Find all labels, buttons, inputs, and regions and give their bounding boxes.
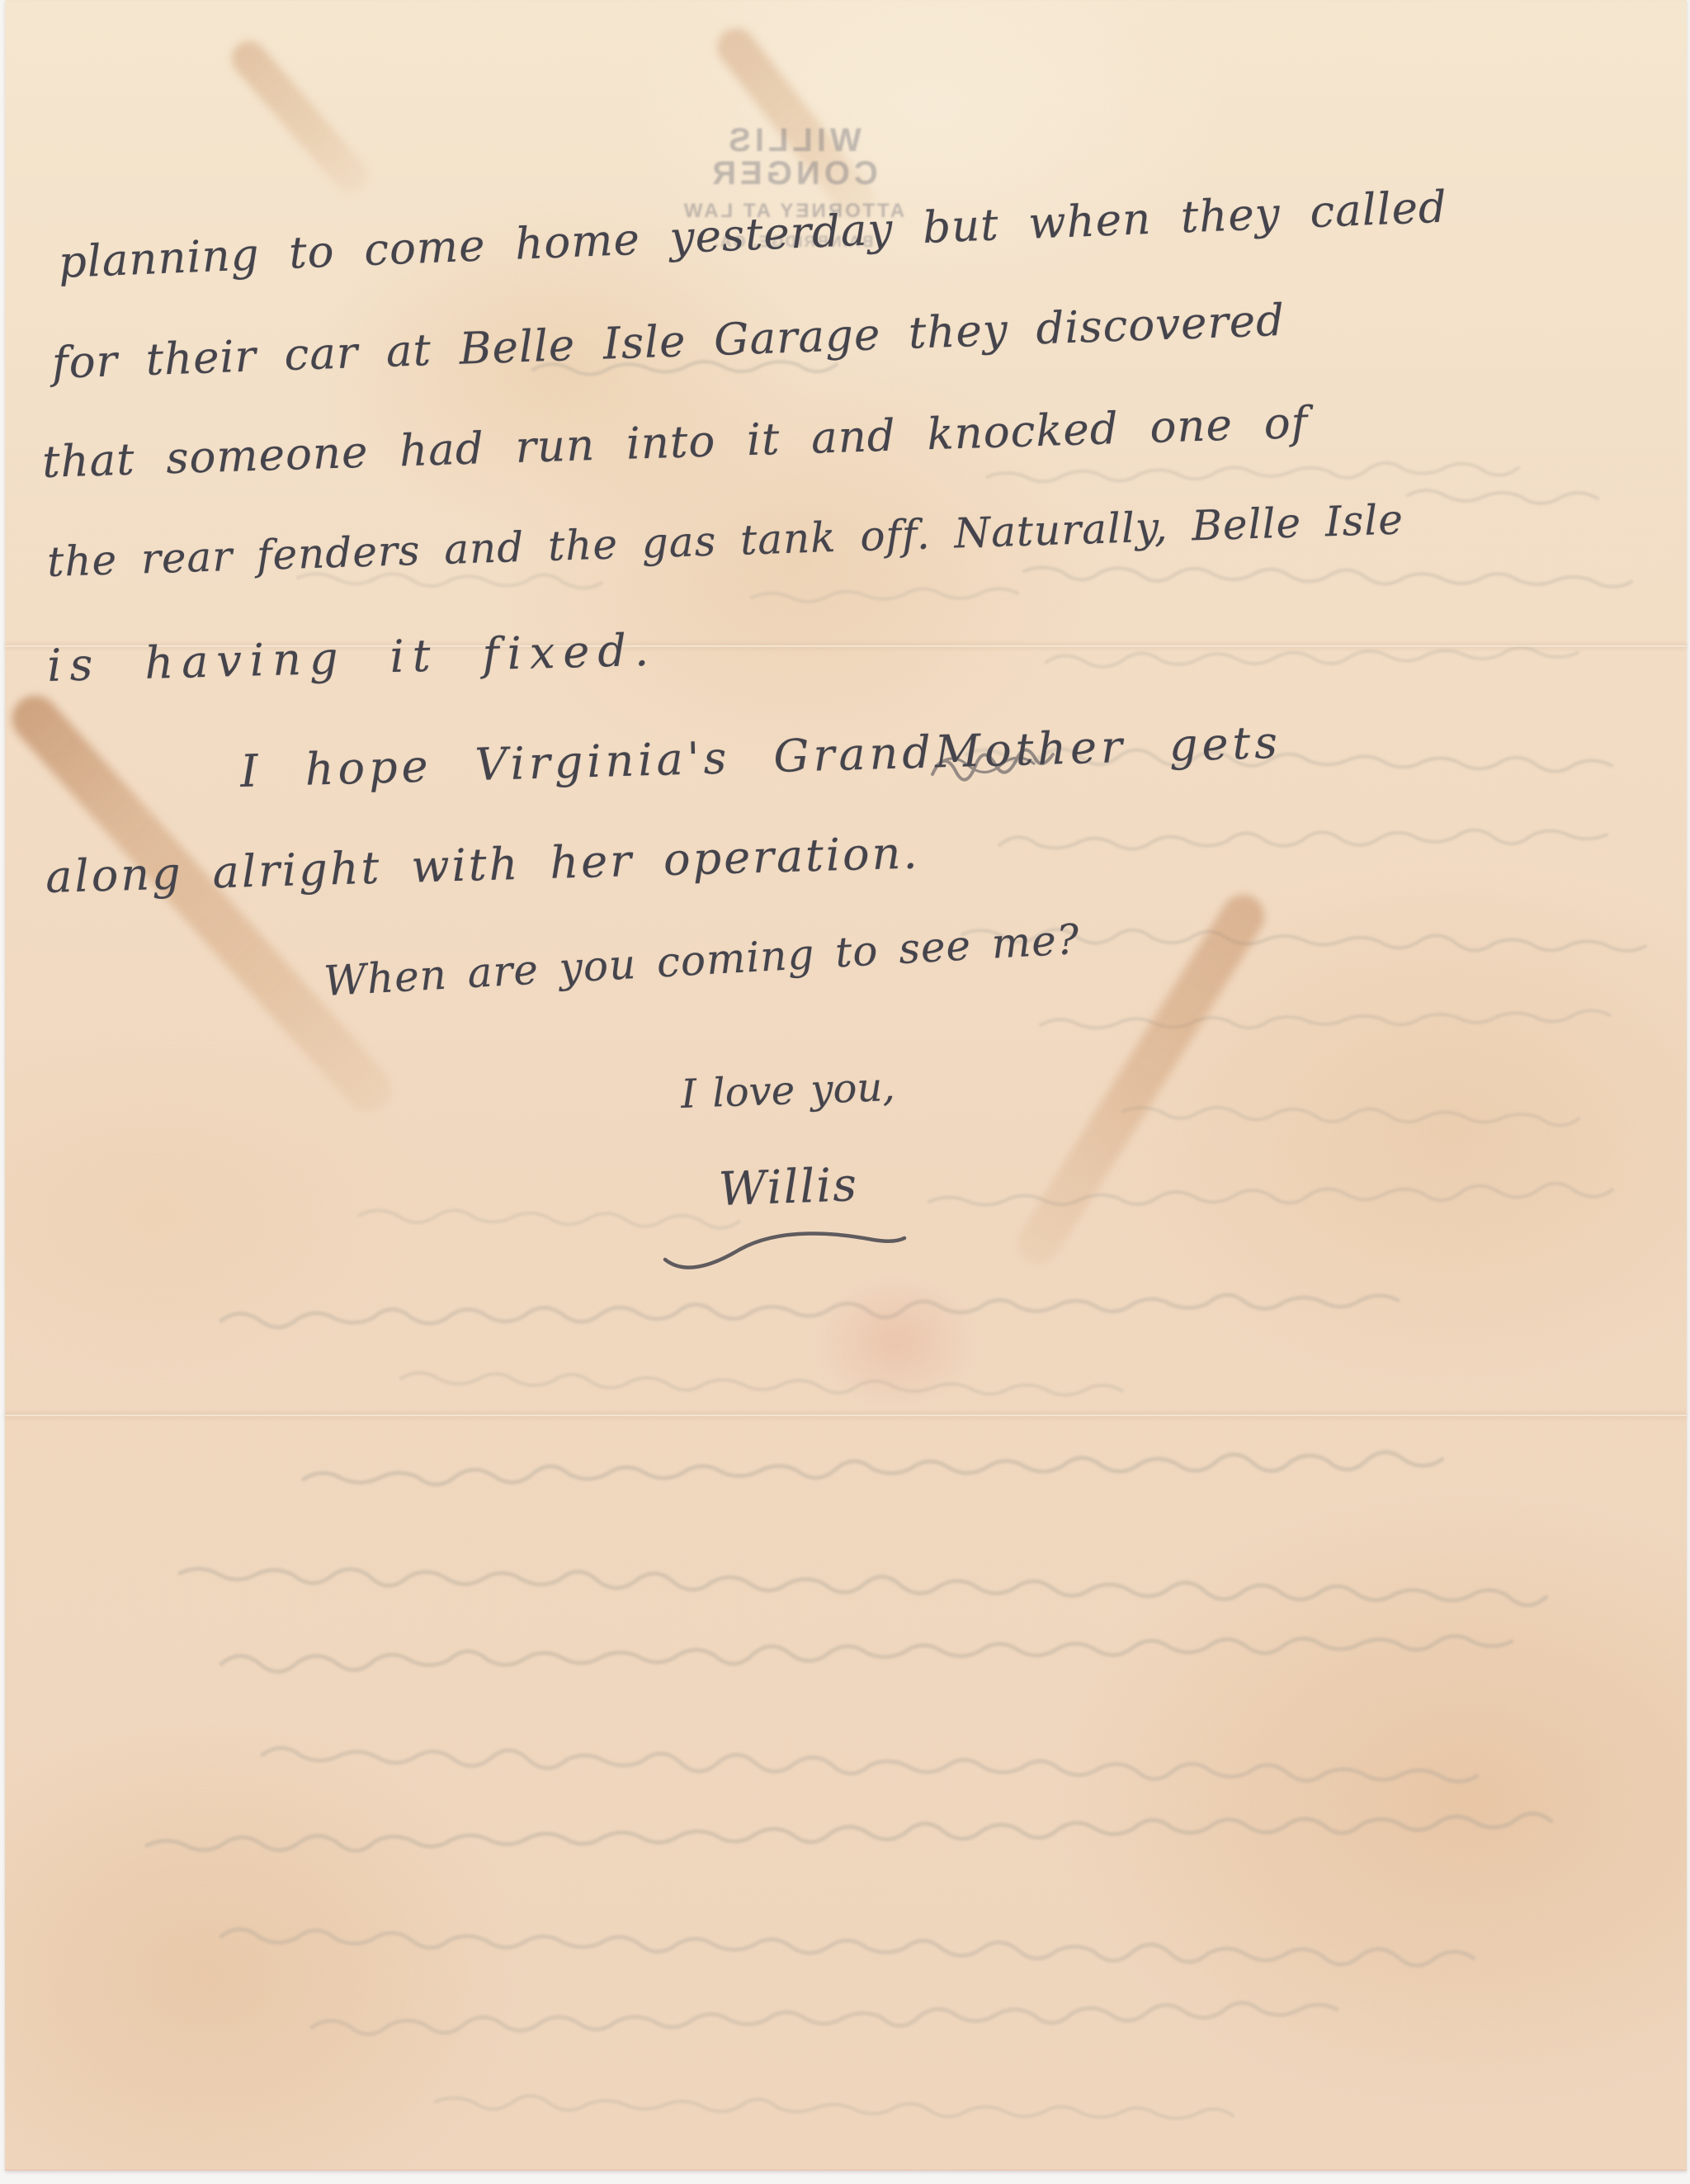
ink-scribble-correction [928,741,1060,791]
letterhead-name: WILLIS CONGER [649,124,937,190]
fold-crease-lower [5,1414,1687,1416]
scanned-letter-page: { "letterhead": { "name": "WILLIS CONGER… [0,0,1690,2184]
signature-flourish [657,1222,913,1279]
letter-closing: I love you, [680,1067,895,1114]
signature: Willis [718,1162,859,1213]
letter-paper: WILLIS CONGER ATTORNEY AT LAW BAINBRIDGE… [5,0,1687,2171]
pink-smudge-stain [814,1275,979,1407]
